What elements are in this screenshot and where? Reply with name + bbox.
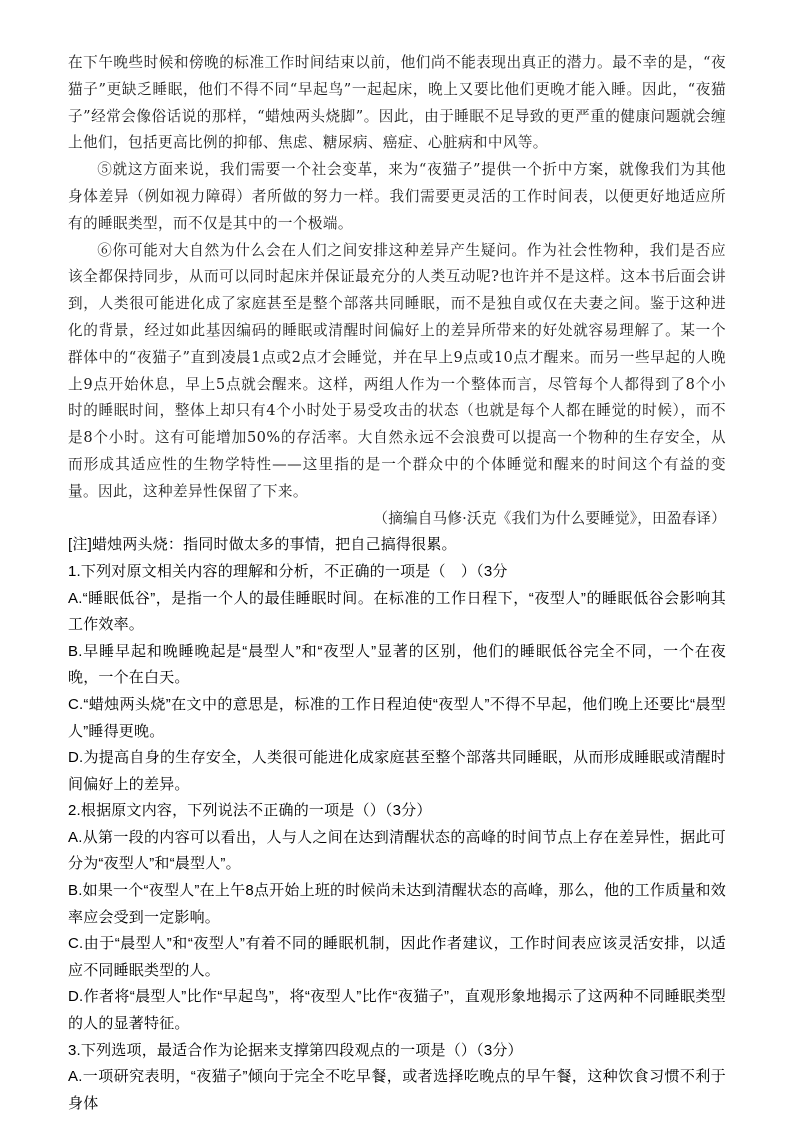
question-1-option-d: D.为提高自身的生存安全，人类很可能进化成家庭甚至整个部落共同睡眠，从而形成睡眠…: [68, 745, 726, 798]
question-2-stem: 2.根据原文内容，下列说法不正确的一项是（）（3分）: [68, 798, 726, 825]
question-3-stem: 3.下列选项，最适合作为论据来支撑第四段观点的一项是（）（3分）: [68, 1038, 726, 1065]
question-2-option-a: A.从第一段的内容可以看出，人与人之间在达到清醒状态的高峰的时间节点上存在差异性…: [68, 825, 726, 878]
question-2-option-b: B.如果一个“夜型人”在上午8点开始上班的时候尚未达到清醒状态的高峰，那么，他的…: [68, 878, 726, 931]
article-body: 在下午晚些时候和傍晚的标准工作时间结束以前，他们尚不能表现出真正的潜力。最不幸的…: [68, 50, 726, 532]
article-paragraph-continued: 在下午晚些时候和傍晚的标准工作时间结束以前，他们尚不能表现出真正的潜力。最不幸的…: [68, 50, 726, 157]
question-2-option-d: D.作者将“晨型人”比作“早起鸟”，将“夜型人”比作“夜猫子”，直观形象地揭示了…: [68, 984, 726, 1037]
source-attribution: （摘编自马修·沃克《我们为什么要睡觉》，田盈春译）: [68, 506, 726, 533]
question-1-option-a: A.“睡眠低谷”，是指一个人的最佳睡眠时间。在标准的工作日程下，“夜型人”的睡眠…: [68, 586, 726, 639]
question-1-option-b: B.早睡早起和晚睡晚起是“晨型人”和“夜型人”显著的区别，他们的睡眠低谷完全不同…: [68, 639, 726, 692]
question-2-option-c: C.由于“晨型人”和“夜型人”有着不同的睡眠机制，因此作者建议，工作时间表应该灵…: [68, 931, 726, 984]
question-1-option-c: C.“蜡烛两头烧”在文中的意思是，标准的工作日程迫使“夜型人”不得不早起，他们晚…: [68, 692, 726, 745]
questions-section: [注]蜡烛两头烧：指同时做太多的事情，把自己搞得很累。 1.下列对原文相关内容的…: [68, 532, 726, 1117]
question-1-stem: 1.下列对原文相关内容的理解和分析，不正确的一项是（ ）（3分: [68, 559, 726, 586]
footnote: [注]蜡烛两头烧：指同时做太多的事情，把自己搞得很累。: [68, 532, 726, 559]
article-paragraph-6: ⑥你可能对大自然为什么会在人们之间安排这种差异产生疑问。作为社会性物种，我们是否…: [68, 238, 726, 506]
document-page: 在下午晚些时候和傍晚的标准工作时间结束以前，他们尚不能表现出真正的潜力。最不幸的…: [0, 0, 794, 1123]
article-paragraph-5: ⑤就这方面来说，我们需要一个社会变革，来为“夜猫子”提供一个折中方案，就像我们为…: [68, 157, 726, 237]
question-3-option-a: A.一项研究表明，“夜猫子”倾向于完全不吃早餐，或者选择吃晚点的早午餐，这种饮食…: [68, 1064, 726, 1117]
